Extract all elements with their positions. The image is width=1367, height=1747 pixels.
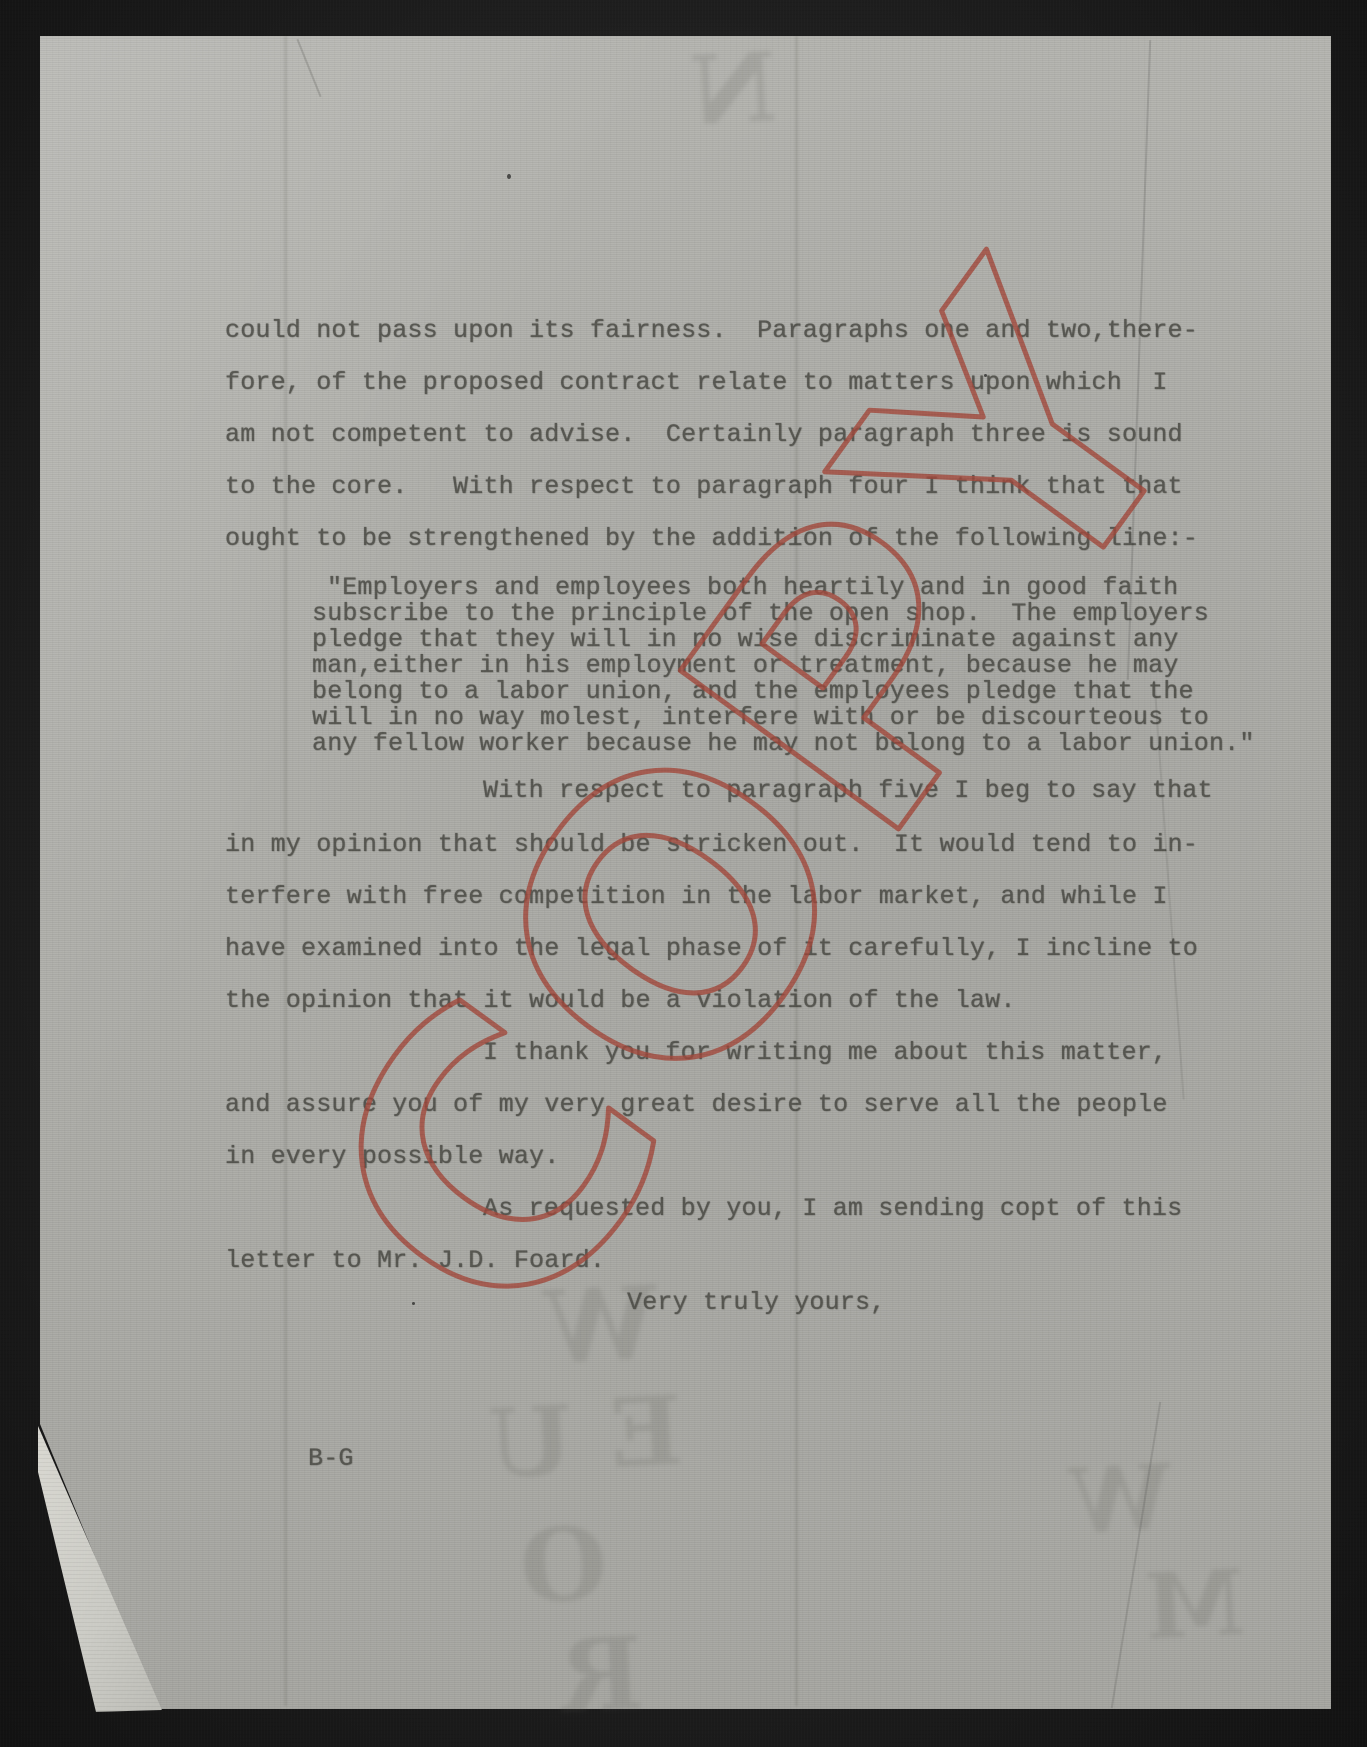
typed-line: Very truly yours, — [627, 1290, 885, 1315]
typed-line: terfere with free competition in the lab… — [225, 884, 1168, 909]
scanned-letter-page: NWEUORWM could not pass upon its fairnes… — [0, 0, 1367, 1747]
typed-line: ought to be strengthened by the addition… — [225, 526, 1198, 551]
dust-speck — [412, 1302, 415, 1305]
typed-line: B-G — [308, 1446, 354, 1471]
typed-line: could not pass upon its fairness. Paragr… — [225, 318, 1198, 343]
typed-line: and assure you of my very great desire t… — [225, 1092, 1168, 1117]
typed-line: belong to a labor union, and the employe… — [312, 679, 1194, 704]
typed-line: the opinion that it would be a violation… — [225, 988, 1016, 1013]
typed-line: "Employers and employees both heartily a… — [327, 575, 1178, 600]
typed-line: any fellow worker because he may not bel… — [312, 731, 1255, 756]
dust-speck — [984, 374, 987, 377]
typed-line: As requested by you, I am sending copt o… — [483, 1196, 1182, 1221]
typed-line: subscribe to the principle of the open s… — [312, 601, 1209, 626]
typed-line: man,either in his employment or treatmen… — [312, 653, 1179, 678]
typed-line: will in no way molest, interfere with or… — [312, 705, 1209, 730]
typed-line: letter to Mr. J.D. Foard. — [225, 1248, 605, 1273]
typed-line: have examined into the legal phase of it… — [225, 936, 1198, 961]
typed-line: With respect to paragraph five I beg to … — [483, 778, 1213, 803]
typed-line: in every possible way. — [225, 1144, 559, 1169]
dust-speck — [507, 174, 511, 179]
typed-line: to the core. With respect to paragraph f… — [225, 474, 1183, 499]
typed-line: fore, of the proposed contract relate to… — [225, 370, 1168, 395]
typed-line: am not competent to advise. Certainly pa… — [225, 422, 1183, 447]
typed-line: pledge that they will in no wise discrim… — [312, 627, 1179, 652]
typed-line: in my opinion that should be stricken ou… — [225, 832, 1198, 857]
paper-sheet — [40, 36, 1331, 1709]
typed-line: I thank you for writing me about this ma… — [483, 1040, 1167, 1065]
